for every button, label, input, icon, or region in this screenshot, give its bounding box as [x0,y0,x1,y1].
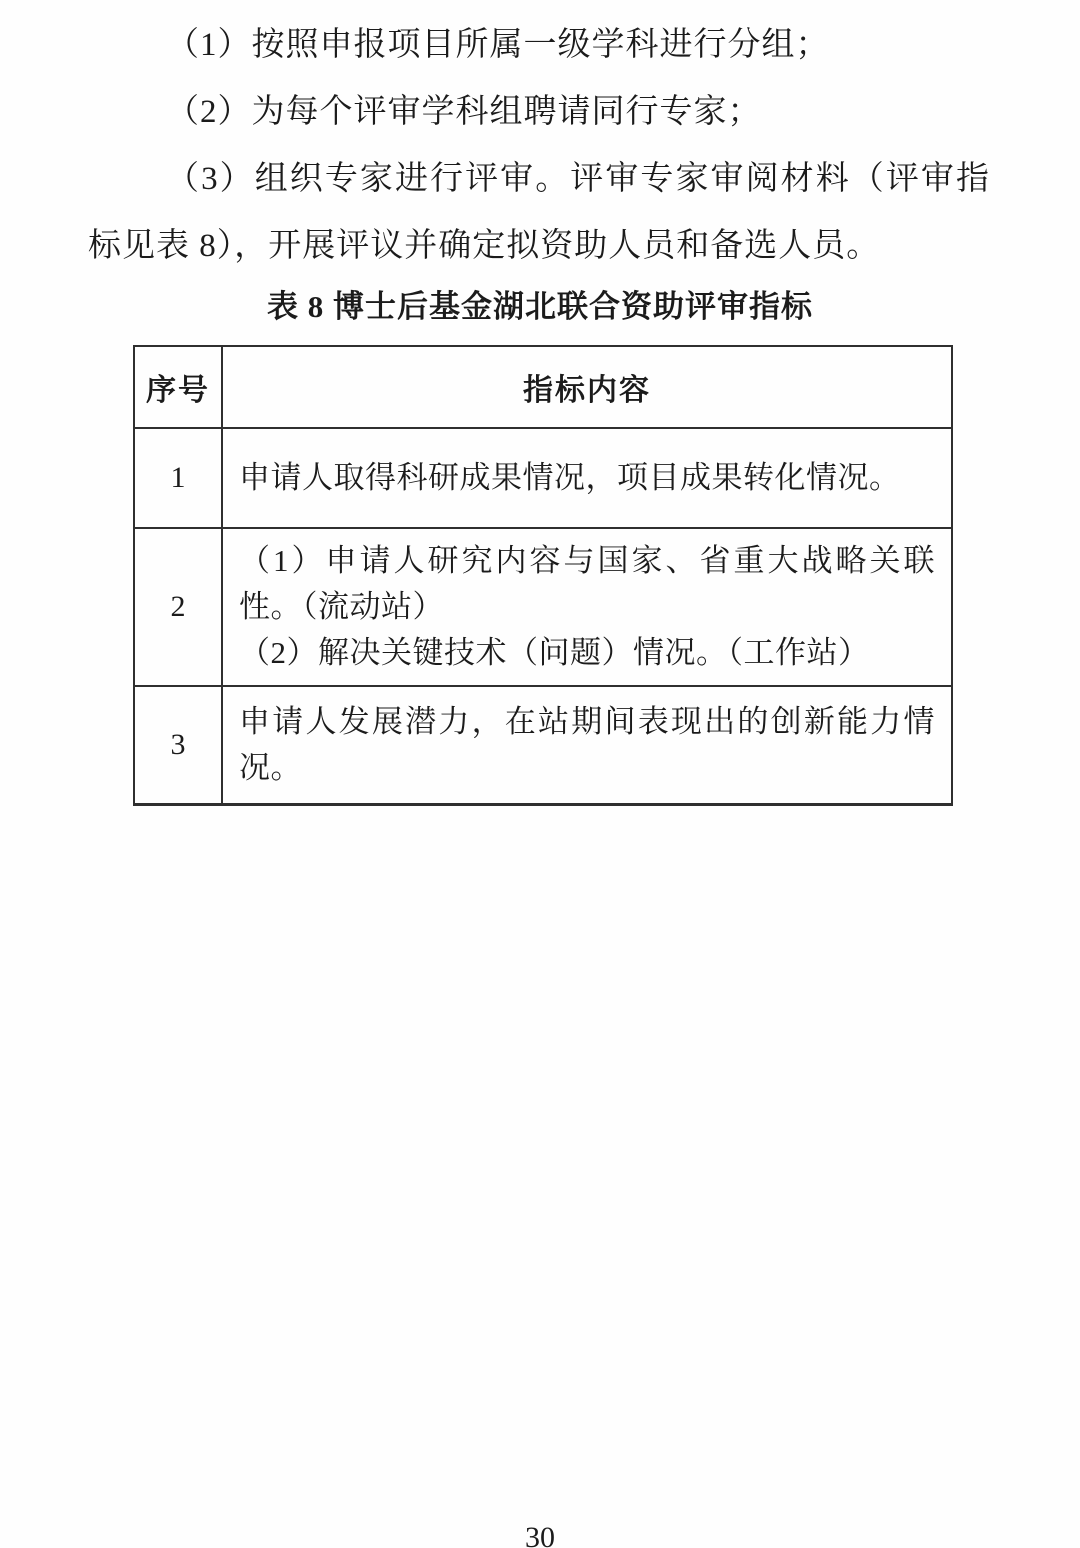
table-caption: 表 8 博士后基金湖北联合资助评审指标 [0,281,1080,326]
row-content-line: （2）解决关键技术（问题）情况。（工作站） [239,630,935,676]
review-criteria-table: 序号 指标内容 1 申请人取得科研成果情况，项目成果转化情况。 2 （1）申请人… [133,345,953,806]
table-row: 1 申请人取得科研成果情况，项目成果转化情况。 [134,428,952,528]
row-content: （1）申请人研究内容与国家、省重大战略关联性。（流动站） （2）解决关键技术（问… [222,528,952,686]
page-number: 30 [0,1521,1080,1548]
paragraph-item-3: （3）组织专家进行评审。评审专家审阅材料（评审指标见表 8），开展评议并确定拟资… [88,146,990,280]
row-content: 申请人发展潜力，在站期间表现出的创新能力情况。 [222,686,952,804]
row-number: 1 [134,428,222,528]
col-header-serial-no: 序号 [134,346,222,428]
row-number: 3 [134,686,222,804]
row-content: 申请人取得科研成果情况，项目成果转化情况。 [222,428,952,528]
row-content-line: （1）申请人研究内容与国家、省重大战略关联性。（流动站） [239,538,935,630]
row-content-line: 申请人发展潜力，在站期间表现出的创新能力情况。 [239,699,935,791]
row-content-line: 申请人取得科研成果情况，项目成果转化情况。 [239,455,935,501]
table-header-row: 序号 指标内容 [134,346,952,428]
table-row: 3 申请人发展潜力，在站期间表现出的创新能力情况。 [134,686,952,804]
paragraph-item-2: （2）为每个评审学科组聘请同行专家； [88,79,990,146]
paragraph-item-1: （1）按照申报项目所属一级学科进行分组； [88,12,990,79]
body-text-block: （1）按照申报项目所属一级学科进行分组； （2）为每个评审学科组聘请同行专家； … [88,12,990,280]
col-header-indicator-content: 指标内容 [222,346,952,428]
document-page: （1）按照申报项目所属一级学科进行分组； （2）为每个评审学科组聘请同行专家； … [0,0,1080,1548]
row-number: 2 [134,528,222,686]
table-row: 2 （1）申请人研究内容与国家、省重大战略关联性。（流动站） （2）解决关键技术… [134,528,952,686]
